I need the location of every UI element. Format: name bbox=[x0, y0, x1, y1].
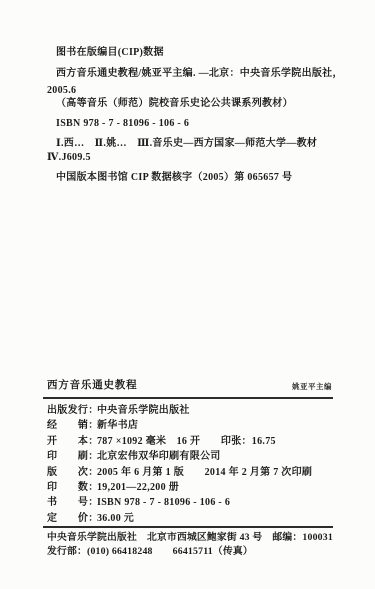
footer-address: 北京市西城区鲍家街 43 号 bbox=[147, 531, 262, 544]
colophon-label: 开 本： bbox=[47, 434, 97, 449]
footer-postcode: 邮编：100031 bbox=[272, 531, 333, 544]
series-note: （高等音乐（师范）院校音乐史论公共课系列教材） bbox=[47, 97, 345, 110]
divider-rule-top bbox=[43, 397, 333, 399]
colophon-row-price: 定 价： 36.00 元 bbox=[47, 511, 345, 526]
book-title: 西方音乐通史教程 bbox=[47, 377, 137, 392]
colophon-row-publisher: 出版发行： 中央音乐学院出版社 bbox=[47, 403, 345, 418]
colophon-value: 2005 年 6 月第 1 版 2014 年 2 月第 7 次印刷 bbox=[97, 465, 312, 480]
colophon-row-distributor: 经 销： 新华书店 bbox=[47, 418, 345, 433]
copyright-page: 图书在版编目(CIP)数据 西方音乐通史教程/姚亚平主编. —北京：中央音乐学院… bbox=[0, 0, 375, 589]
colophon-row-format: 开 本： 787 ×1092 毫米 16 开 印张：16.75 bbox=[47, 434, 345, 449]
divider-rule-bottom bbox=[43, 526, 333, 528]
colophon-label: 版 次： bbox=[47, 465, 97, 480]
colophon-value: 787 ×1092 毫米 16 开 印张：16.75 bbox=[97, 434, 276, 449]
colophon-label: 印 数： bbox=[47, 480, 97, 495]
colophon-label: 定 价： bbox=[47, 511, 97, 526]
colophon-value: 中央音乐学院出版社 bbox=[97, 403, 190, 418]
cip-section: 图书在版编目(CIP)数据 西方音乐通史教程/姚亚平主编. —北京：中央音乐学院… bbox=[47, 46, 345, 184]
cip-registry-number: 中国版本图书馆 CIP 数据核字（2005）第 065657 号 bbox=[47, 171, 345, 184]
colophon-row-edition: 版 次： 2005 年 6 月第 1 版 2014 年 2 月第 7 次印刷 bbox=[47, 465, 345, 480]
colophon-value: 新华书店 bbox=[97, 418, 138, 433]
colophon-label: 书 号： bbox=[47, 495, 97, 510]
colophon-row-isbn: 书 号： ISBN 978 - 7 - 81096 - 106 - 6 bbox=[47, 495, 345, 510]
colophon-value: ISBN 978 - 7 - 81096 - 106 - 6 bbox=[97, 495, 230, 510]
isbn-line: ISBN 978 - 7 - 81096 - 106 - 6 bbox=[47, 117, 345, 130]
footer-phone-line: 发行部：(010) 66418248 66415711（传真） bbox=[47, 545, 333, 558]
colophon-label: 出版发行： bbox=[47, 403, 97, 418]
footer-publisher: 中央音乐学院出版社 bbox=[47, 531, 137, 544]
editor-credit: 姚亚平主编 bbox=[292, 381, 332, 392]
colophon-value: 36.00 元 bbox=[97, 511, 134, 526]
colophon-label: 经 销： bbox=[47, 418, 97, 433]
footer-address-line: 中央音乐学院出版社 北京市西城区鲍家街 43 号 邮编：100031 bbox=[47, 531, 333, 544]
colophon-row-printer: 印 刷： 北京宏伟双华印刷有限公司 bbox=[47, 449, 345, 464]
classification-line1: Ⅰ.西… Ⅱ.姚… Ⅲ.音乐史—西方国家—师范大学—教材 bbox=[47, 137, 345, 150]
bibliographic-entry-line1: 西方音乐通史教程/姚亚平主编. —北京：中央音乐学院出版社， bbox=[47, 67, 345, 80]
footer-contact: 中央音乐学院出版社 北京市西城区鲍家街 43 号 邮编：100031 发行部：(… bbox=[47, 531, 333, 558]
bibliographic-entry-line2: 2005.6 bbox=[47, 84, 345, 97]
colophon-row-print-run: 印 数： 19,201—22,200 册 bbox=[47, 480, 345, 495]
cip-heading: 图书在版编目(CIP)数据 bbox=[47, 46, 345, 59]
colophon-section: 出版发行： 中央音乐学院出版社 经 销： 新华书店 开 本： 787 ×1092… bbox=[47, 403, 345, 526]
colophon-value: 19,201—22,200 册 bbox=[97, 480, 179, 495]
classification-line2: Ⅳ.J609.5 bbox=[47, 151, 345, 164]
colophon-label: 印 刷： bbox=[47, 449, 97, 464]
colophon-value: 北京宏伟双华印刷有限公司 bbox=[97, 449, 221, 464]
title-bar: 西方音乐通史教程 姚亚平主编 bbox=[47, 377, 332, 392]
